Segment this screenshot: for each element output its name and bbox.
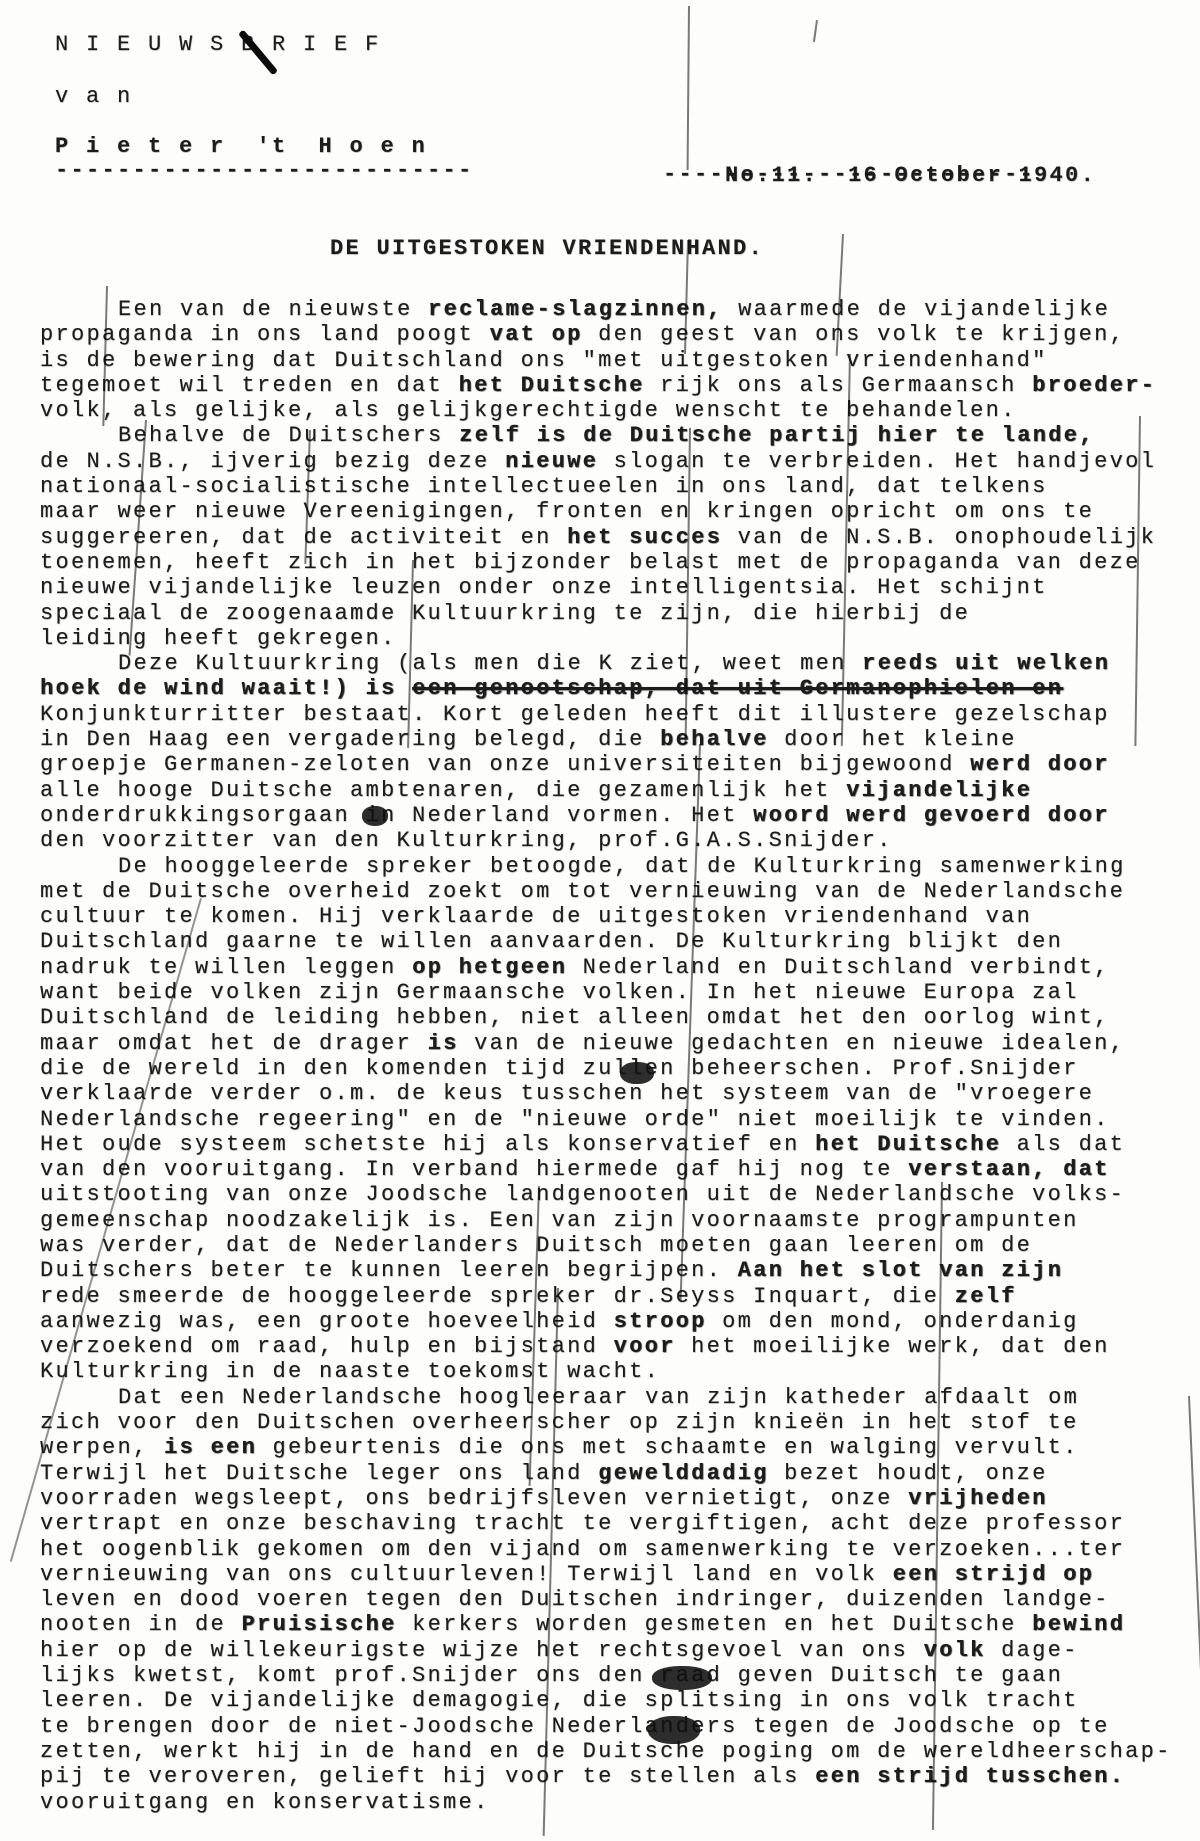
- emphasized-text: gewelddadig: [598, 1461, 769, 1486]
- emphasized-text: vrijheden: [908, 1486, 1048, 1511]
- text-line: Konjunkturritter bestaat. Kort geleden h…: [40, 702, 1190, 727]
- text-line: hier op de willekeurigste wijze het rech…: [40, 1638, 1190, 1663]
- text-line: suggereeren, dat de activiteit en het su…: [40, 525, 1190, 550]
- text-line: toenemen, heeft zich in het bijzonder be…: [40, 550, 1190, 575]
- text-line: nooten in de Pruisische kerkers worden g…: [40, 1612, 1190, 1637]
- emphasized-text: op hetgeen: [412, 955, 567, 980]
- text-line: vertrapt en onze beschaving tracht te ve…: [40, 1511, 1190, 1536]
- text-segment: leven en dood voeren tegen den Duitschen…: [40, 1587, 1110, 1612]
- text-line: Duitschers beter te kunnen leeren begrij…: [40, 1258, 1190, 1283]
- text-line: gemeenschap noodzakelijk is. Een van zij…: [40, 1208, 1190, 1233]
- text-line: uitstooting van onze Joodsche landgenoot…: [40, 1182, 1190, 1207]
- emphasized-text: woord werd gevoerd door: [753, 803, 1110, 828]
- text-line: Terwijl het Duitsche leger ons land gewe…: [40, 1461, 1190, 1486]
- text-segment: onderdrukkingsorgaan in Nederland vormen…: [40, 803, 753, 828]
- text-line: Duitschland de leiding hebben, niet alle…: [40, 1005, 1190, 1030]
- text-segment: gemeenschap noodzakelijk is. Een van zij…: [40, 1208, 1079, 1233]
- text-segment: propaganda in ons land poogt: [40, 322, 490, 347]
- text-line: propaganda in ons land poogt vat op den …: [40, 322, 1190, 347]
- text-segment: Dat een Nederlandsche hoogleeraar van zi…: [118, 1385, 1079, 1410]
- text-line: Deze Kultuurkring (als men die K ziet, w…: [40, 651, 1190, 676]
- text-line: tegemoet wil treden en dat het Duitsche …: [40, 373, 1190, 398]
- text-line: verzoekend om raad, hulp en bijstand voo…: [40, 1334, 1190, 1359]
- emphasized-text: Pruisische: [242, 1612, 397, 1637]
- text-line: nationaal-socialistische intellectueelen…: [40, 474, 1190, 499]
- text-line: rede smeerde de hooggeleerde spreker dr.…: [40, 1284, 1190, 1309]
- newsletter-name: N I E U W S B R I E F: [55, 32, 381, 57]
- emphasized-text: is een: [164, 1435, 257, 1460]
- ink-blot: [620, 1062, 654, 1084]
- text-line: Dat een Nederlandsche hoogleeraar van zi…: [40, 1385, 1190, 1410]
- ink-blot: [648, 1716, 700, 1744]
- text-segment: groepje Germanen-zeloten van onze univer…: [40, 752, 970, 777]
- emphasized-text: het Duitsche: [459, 373, 645, 398]
- text-segment: werpen,: [40, 1435, 164, 1460]
- text-segment: den voorzitter van den Kulturkring, prof…: [40, 828, 893, 853]
- text-segment: Duitschland gaarne te willen aanvaarden.…: [40, 929, 1063, 954]
- paragraph: Deze Kultuurkring (als men die K ziet, w…: [40, 651, 1190, 853]
- text-line: groepje Germanen-zeloten van onze univer…: [40, 752, 1190, 777]
- emphasized-text: stroop: [614, 1309, 707, 1334]
- emphasized-text: vat op: [490, 322, 583, 347]
- article-title: DE UITGESTOKEN VRIENDENHAND.: [330, 236, 764, 261]
- text-segment: Kulturkring in de naaste toekomst wacht.: [40, 1359, 660, 1384]
- emphasized-text: is: [428, 1031, 459, 1056]
- text-line: maar omdat het de drager is van de nieuw…: [40, 1031, 1190, 1056]
- text-line: leven en dood voeren tegen den Duitschen…: [40, 1587, 1190, 1612]
- text-line: te brengen door de niet-Joodsche Nederla…: [40, 1714, 1190, 1739]
- text-line: is de bewering dat Duitschland ons "met …: [40, 348, 1190, 373]
- emphasized-text: zelf: [955, 1284, 1017, 1309]
- text-line: leiding heeft gekregen.: [40, 626, 1190, 651]
- paragraph: Een van de nieuwste reclame-slagzinnen, …: [40, 297, 1190, 423]
- tick-mark: [813, 20, 818, 42]
- text-line: zetten, werkt hij in de hand en de Duits…: [40, 1739, 1190, 1764]
- text-line: die de wereld in den komenden tijd zulle…: [40, 1056, 1190, 1081]
- text-segment: Een van de nieuwste: [118, 297, 428, 322]
- ink-blot: [652, 1666, 712, 1690]
- article-body: Een van de nieuwste reclame-slagzinnen, …: [40, 297, 1190, 1815]
- text-segment: gebeurtenis die ons met schaamte en walg…: [257, 1435, 1079, 1460]
- text-segment: van de N.S.B. onophoudelijk: [722, 525, 1156, 550]
- text-segment: want beide volken zijn Germaansche volke…: [40, 980, 1079, 1005]
- text-line: lijks kwetst, komt prof.Snijder ons den …: [40, 1663, 1190, 1688]
- text-segment: Deze Kultuurkring (als men die K ziet, w…: [118, 651, 862, 676]
- text-segment: hier op de willekeurigste wijze het rech…: [40, 1638, 924, 1663]
- text-segment: rijk ons als Germaansch: [645, 373, 1033, 398]
- text-line: den voorzitter van den Kulturkring, prof…: [40, 828, 1190, 853]
- text-line: verklaarde verder o.m. de keus tusschen …: [40, 1081, 1190, 1106]
- text-segment: vernieuwing van ons cultuurleven! Terwij…: [40, 1562, 893, 1587]
- text-segment: slogan te verbreiden. Het handjevol: [598, 449, 1156, 474]
- text-segment: nooten in de: [40, 1612, 242, 1637]
- text-segment: in Den Haag een vergadering belegd, die: [40, 727, 660, 752]
- text-line: aanwezig was, een groote hoeveelheid str…: [40, 1309, 1190, 1334]
- paragraph: Dat een Nederlandsche hoogleeraar van zi…: [40, 1385, 1190, 1815]
- text-segment: is de bewering dat Duitschland ons "met …: [40, 348, 1048, 373]
- text-segment: het moeilijke werk, dat den: [676, 1334, 1110, 1359]
- emphasized-text: werd door: [970, 752, 1110, 777]
- emphasized-text: verstaan, dat: [908, 1157, 1110, 1182]
- emphasized-text: hoek de wind waait!) is: [40, 676, 412, 701]
- text-line: nadruk te willen leggen op hetgeen Neder…: [40, 955, 1190, 980]
- masthead-rule-right: ------------------------: [663, 162, 1035, 187]
- text-segment: Konjunkturritter bestaat. Kort geleden h…: [40, 702, 1110, 727]
- text-segment: nieuwe vijandelijke leuzen onder onze in…: [40, 575, 1048, 600]
- text-segment: die de wereld in den komenden tijd zulle…: [40, 1056, 1079, 1081]
- text-line: Duitschland gaarne te willen aanvaarden.…: [40, 929, 1190, 954]
- emphasized-text: het succes: [567, 525, 722, 550]
- text-line: werpen, is een gebeurtenis die ons met s…: [40, 1435, 1190, 1460]
- text-line: Nederlandsche regeering" en de "nieuwe o…: [40, 1107, 1190, 1132]
- text-segment: bezet houdt, onze: [769, 1461, 1048, 1486]
- text-segment: vertrapt en onze beschaving tracht te ve…: [40, 1511, 1125, 1536]
- text-line: in Den Haag een vergadering belegd, die …: [40, 727, 1190, 752]
- emphasized-text: reclame-slagzinnen,: [428, 297, 723, 322]
- text-line: De hooggeleerde spreker betoogde, dat de…: [40, 854, 1190, 879]
- emphasized-text: broeder-: [1032, 373, 1156, 398]
- text-segment: volk, als gelijke, als gelijkgerechtigde…: [40, 398, 1017, 423]
- text-segment: het oogenblik gekomen om den vijand om s…: [40, 1537, 1125, 1562]
- text-segment: Behalve de Duitschers: [118, 423, 459, 448]
- text-segment: pij te veroveren, gelieft hij voor te st…: [40, 1764, 815, 1789]
- emphasized-text: behalve: [660, 727, 769, 752]
- text-segment: Duitschland de leiding hebben, niet alle…: [40, 1005, 1110, 1030]
- text-line: Kulturkring in de naaste toekomst wacht.: [40, 1359, 1190, 1384]
- text-line: zich voor den Duitschen overheerscher op…: [40, 1410, 1190, 1435]
- text-segment: Het oude systeem schetste hij als konser…: [40, 1132, 815, 1157]
- text-segment: om den mond, onderdanig: [707, 1309, 1079, 1334]
- text-line: de N.S.B., ijverig bezig deze nieuwe slo…: [40, 449, 1190, 474]
- text-line: Het oude systeem schetste hij als konser…: [40, 1132, 1190, 1157]
- text-line: nieuwe vijandelijke leuzen onder onze in…: [40, 575, 1190, 600]
- text-line: was verder, dat de Nederlanders Duitsch …: [40, 1233, 1190, 1258]
- text-segment: nadruk te willen leggen: [40, 955, 412, 980]
- text-line: Een van de nieuwste reclame-slagzinnen, …: [40, 297, 1190, 322]
- text-line: Behalve de Duitschers zelf is de Duitsch…: [40, 423, 1190, 448]
- text-segment: uitstooting van onze Joodsche landgenoot…: [40, 1182, 1125, 1207]
- emphasized-text: voor: [614, 1334, 676, 1359]
- text-segment: verklaarde verder o.m. de keus tusschen …: [40, 1081, 1094, 1106]
- paragraph: De hooggeleerde spreker betoogde, dat de…: [40, 854, 1190, 1385]
- text-segment: den geest van ons volk te krijgen,: [583, 322, 1126, 347]
- emphasized-text: reeds uit welken: [862, 651, 1110, 676]
- text-segment: vooruitgang en konservatisme.: [40, 1790, 490, 1815]
- text-line: het oogenblik gekomen om den vijand om s…: [40, 1537, 1190, 1562]
- text-segment: maar weer nieuwe Vereenigingen, fronten …: [40, 499, 1094, 524]
- text-segment: toenemen, heeft zich in het bijzonder be…: [40, 550, 1141, 575]
- text-line: onderdrukkingsorgaan in Nederland vormen…: [40, 803, 1190, 828]
- text-line: vernieuwing van ons cultuurleven! Terwij…: [40, 1562, 1190, 1587]
- emphasized-text: volk: [924, 1638, 986, 1663]
- emphasized-text: het Duitsche: [815, 1132, 1001, 1157]
- text-line: alle hooge Duitsche ambtenaren, die geza…: [40, 778, 1190, 803]
- text-segment: met de Duitsche overheid zoekt om tot ve…: [40, 879, 1125, 904]
- text-segment: De hooggeleerde spreker betoogde, dat de…: [118, 854, 1126, 879]
- text-line: leeren. De vijandelijke demagogie, die s…: [40, 1688, 1190, 1713]
- text-segment: lijks kwetst, komt prof.Snijder ons den …: [40, 1663, 1063, 1688]
- emphasized-text: Aan het slot van zijn: [738, 1258, 1064, 1283]
- text-line: hoek de wind waait!) is een genootschap,…: [40, 676, 1190, 701]
- paragraph: Behalve de Duitschers zelf is de Duitsch…: [40, 423, 1190, 651]
- text-segment: nationaal-socialistische intellectueelen…: [40, 474, 1048, 499]
- text-line: voorraden wegsleept, ons bedrijfsleven v…: [40, 1486, 1190, 1511]
- text-segment: voorraden wegsleept, ons bedrijfsleven v…: [40, 1486, 908, 1511]
- emphasized-text: een genootschap, dat uit Germanophielen …: [412, 676, 1063, 701]
- text-segment: Nederland en Duitschland verbindt,: [567, 955, 1110, 980]
- text-segment: dage-: [986, 1638, 1079, 1663]
- text-segment: maar omdat het de drager: [40, 1031, 428, 1056]
- masthead-rule-left: ---------------------------: [55, 158, 474, 183]
- text-segment: rede smeerde de hooggeleerde spreker dr.…: [40, 1284, 955, 1309]
- text-line: volk, als gelijke, als gelijkgerechtigde…: [40, 398, 1190, 423]
- newsletter-author: P i e t e r 't H o e n: [55, 134, 427, 159]
- text-segment: leeren. De vijandelijke demagogie, die s…: [40, 1688, 1079, 1713]
- text-segment: Terwijl het Duitsche leger ons land: [40, 1461, 598, 1486]
- text-line: speciaal de zoogenaamde Kultuurkring te …: [40, 601, 1190, 626]
- text-segment: door het kleine: [769, 727, 1017, 752]
- text-line: maar weer nieuwe Vereenigingen, fronten …: [40, 499, 1190, 524]
- emphasized-text: zelf is de Duitsche partij hier te lande…: [459, 423, 1095, 448]
- text-segment: te brengen door de niet-Joodsche Nederla…: [40, 1714, 1110, 1739]
- text-segment: zich voor den Duitschen overheerscher op…: [40, 1410, 1079, 1435]
- text-segment: de N.S.B., ijverig bezig deze: [40, 449, 505, 474]
- emphasized-text: een strijd tusschen.: [815, 1764, 1125, 1789]
- text-segment: Nederlandsche regeering" en de "nieuwe o…: [40, 1107, 1110, 1132]
- emphasized-text: vijandelijke: [846, 778, 1032, 803]
- text-segment: van den vooruitgang. In verband hiermede…: [40, 1157, 908, 1182]
- text-line: van den vooruitgang. In verband hiermede…: [40, 1157, 1190, 1182]
- text-line: pij te veroveren, gelieft hij voor te st…: [40, 1764, 1190, 1789]
- text-segment: alle hooge Duitsche ambtenaren, die geza…: [40, 778, 846, 803]
- text-segment: waarmede de vijandelijke: [723, 297, 1111, 322]
- document-page: N I E U W S B R I E F v a n P i e t e r …: [0, 0, 1200, 1841]
- text-line: cultuur te komen. Hij verklaarde de uitg…: [40, 904, 1190, 929]
- text-line: met de Duitsche overheid zoekt om tot ve…: [40, 879, 1190, 904]
- text-segment: speciaal de zoogenaamde Kultuurkring te …: [40, 601, 970, 626]
- text-segment: zetten, werkt hij in de hand en de Duits…: [40, 1739, 1172, 1764]
- emphasized-text: een strijd op: [893, 1562, 1095, 1587]
- text-line: vooruitgang en konservatisme.: [40, 1790, 1190, 1815]
- text-segment: verzoekend om raad, hulp en bijstand: [40, 1334, 614, 1359]
- text-segment: van de nieuwe gedachten en nieuwe ideale…: [459, 1031, 1126, 1056]
- text-segment: Duitschers beter te kunnen leeren begrij…: [40, 1258, 738, 1283]
- text-segment: als dat: [1001, 1132, 1125, 1157]
- newsletter-van: v a n: [55, 84, 133, 109]
- text-line: want beide volken zijn Germaansche volke…: [40, 980, 1190, 1005]
- text-segment: cultuur te komen. Hij verklaarde de uitg…: [40, 904, 1032, 929]
- emphasized-text: bewind: [1032, 1612, 1125, 1637]
- text-segment: suggereeren, dat de activiteit en: [40, 525, 567, 550]
- emphasized-text: nieuwe: [505, 449, 598, 474]
- text-segment: leiding heeft gekregen.: [40, 626, 397, 651]
- text-segment: aanwezig was, een groote hoeveelheid: [40, 1309, 614, 1334]
- ink-blot: [362, 806, 388, 826]
